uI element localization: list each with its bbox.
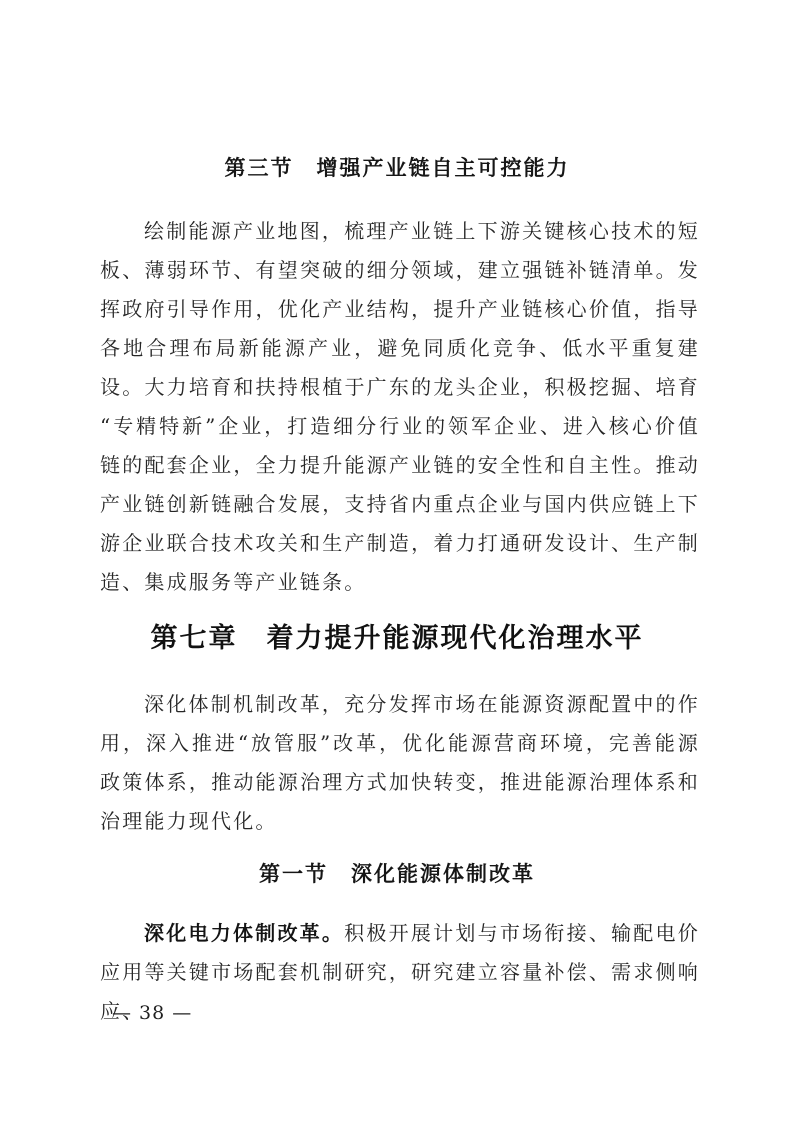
paragraph-industry-chain: 绘制能源产业地图，梳理产业链上下游关键核心技术的短板、薄弱环节、有望突破的细分领… (100, 212, 700, 602)
paragraph-bold-lead: 深化电力体制改革。 (144, 921, 344, 945)
section-heading-1: 第一节 深化能源体制改革 (0, 858, 794, 888)
page-number: — 38 — (112, 1002, 192, 1024)
section-heading-3: 第三节 增强产业链自主可控能力 (0, 152, 794, 182)
chapter-heading-7: 第七章 着力提升能源现代化治理水平 (0, 616, 794, 655)
document-page: 第三节 增强产业链自主可控能力 绘制能源产业地图，梳理产业链上下游关键核心技术的… (0, 0, 794, 1123)
paragraph-governance-intro: 深化体制机制改革，充分发挥市场在能源资源配置中的作用，深入推进“放管服”改革，优… (100, 685, 700, 841)
